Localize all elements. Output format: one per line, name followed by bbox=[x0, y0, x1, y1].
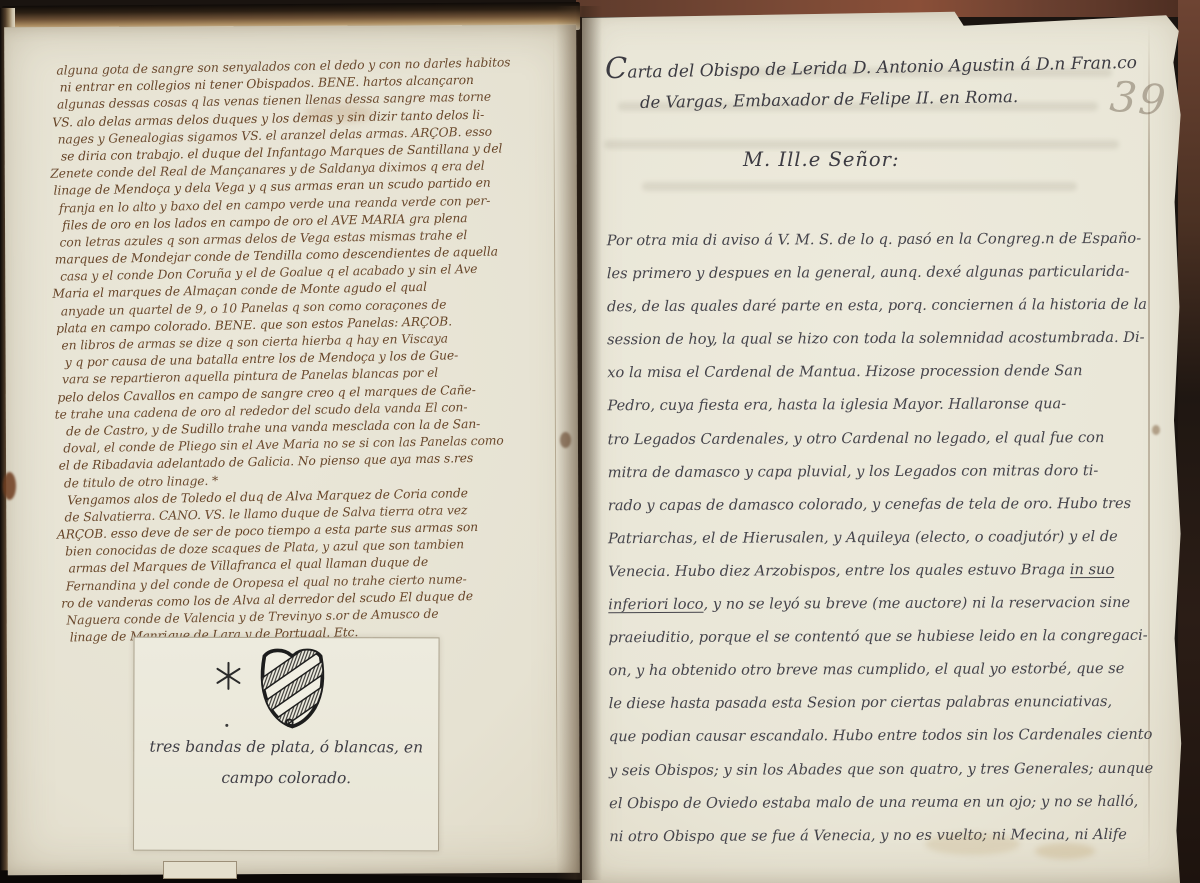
manuscript-text: tro Legados Cardenales, y otro Cardenal … bbox=[608, 429, 1105, 448]
manuscript-text: session de hoy, la qual se hizo con toda… bbox=[607, 329, 1144, 348]
manuscript-text: xo la misa el Cardenal de Mantua. Hizose… bbox=[607, 362, 1082, 381]
manuscript-text: Venecia. Hubo diez Arzobispos, entre los… bbox=[608, 561, 1070, 580]
manuscript-line: le diese hasta pasada esta Sesion por ci… bbox=[609, 685, 1154, 720]
pasted-slip: tres bandas de plata, ó blancas, en camp… bbox=[133, 637, 440, 852]
manuscript-line: xo la misa el Cardenal de Mantua. Hizose… bbox=[607, 354, 1152, 389]
manuscript-text: on, y ha obtenido otro breve mas cumplid… bbox=[609, 660, 1125, 679]
left-page-text-block: alguna gota de sangre son senyalados con… bbox=[56, 53, 575, 647]
manuscript-line: ni otro Obispo que se fue á Venecia, y n… bbox=[609, 817, 1154, 852]
manuscript-line: que podian causar escandalo. Hubo entre … bbox=[609, 718, 1154, 753]
letter-heading-line1: Carta del Obispo de Lerida D. Antonio Ag… bbox=[605, 41, 1137, 85]
manuscript-text: , y no se leyó su breve (me auctore) ni … bbox=[703, 594, 1130, 613]
letter-salutation: M. Ill.e Señor: bbox=[743, 148, 900, 171]
manuscript-line: Venecia. Hubo diez Arzobispos, entre los… bbox=[608, 553, 1153, 588]
manuscript-text: el Obispo de Oviedo estaba malo de una r… bbox=[609, 792, 1138, 811]
manuscript-line: el Obispo de Oviedo estaba malo de una r… bbox=[609, 784, 1154, 819]
manuscript-line: inferiori loco, y no se leyó su breve (m… bbox=[608, 586, 1153, 621]
manuscript-line: on, y ha obtenido otro breve mas cumplid… bbox=[609, 652, 1154, 687]
manuscript-text: mitra de damasco y capa pluvial, y los L… bbox=[608, 462, 1099, 481]
manuscript-text: le diese hasta pasada esta Sesion por ci… bbox=[609, 693, 1113, 712]
right-page-text-block: Por otra mia di aviso á V. M. S. de lo q… bbox=[607, 222, 1155, 853]
manuscript-line: Patriarchas, el de Hierusalen, y Aquiley… bbox=[608, 520, 1153, 555]
manuscript-line: Por otra mia di aviso á V. M. S. de lo q… bbox=[607, 222, 1152, 257]
folio-number: 39 bbox=[1108, 72, 1170, 126]
manuscript-line: y seis Obispos; y sin los Abades que son… bbox=[609, 751, 1154, 786]
manuscript-text: Pedro, cuya fiesta era, hasta la iglesia… bbox=[607, 396, 1066, 415]
asterisk-mark bbox=[214, 660, 242, 692]
manuscript-text: de titulo de otro linage. * bbox=[64, 473, 218, 490]
show-through-ghost bbox=[642, 182, 1077, 191]
book-gutter-shadow bbox=[556, 6, 602, 880]
manuscript-text: des, de las quales daré parte en esta, p… bbox=[607, 296, 1147, 315]
left-page: alguna gota de sangre son senyalados con… bbox=[4, 25, 580, 875]
manuscript-line: session de hoy, la qual se hizo con toda… bbox=[607, 321, 1152, 356]
slip-caption-line1: tres bandas de plata, ó blancas, en bbox=[134, 738, 438, 757]
manuscript-line: les primero y despues en la general, aun… bbox=[607, 255, 1152, 290]
manuscript-line: Pedro, cuya fiesta era, hasta la iglesia… bbox=[607, 387, 1152, 422]
manuscript-text: Patriarchas, el de Hierusalen, y Aquiley… bbox=[608, 528, 1118, 547]
manuscript-line: rado y capas de damasco colorado, y cene… bbox=[608, 487, 1153, 522]
manuscript-text: ni otro Obispo que se fue á Venecia, y n… bbox=[609, 826, 1127, 845]
paper-tab-slip bbox=[163, 861, 237, 879]
manuscript-line: praeiuditio, porque el se contentó que s… bbox=[608, 619, 1153, 654]
manuscript-text: y seis Obispos; y sin los Abades que son… bbox=[609, 759, 1153, 778]
manuscript-text: rado y capas de damasco colorado, y cene… bbox=[608, 495, 1131, 514]
manuscript-line: des, de las quales daré parte en esta, p… bbox=[607, 288, 1152, 323]
manuscript-text: que podian causar escandalo. Hubo entre … bbox=[609, 726, 1153, 745]
manuscript-book-photo: alguna gota de sangre son senyalados con… bbox=[0, 0, 1200, 883]
manuscript-text: les primero y despues en la general, aun… bbox=[607, 263, 1130, 282]
slip-caption-line2: campo colorado. bbox=[134, 769, 438, 788]
right-page-crease bbox=[1148, 25, 1150, 870]
ink-dot bbox=[225, 724, 228, 727]
right-page: Carta del Obispo de Lerida D. Antonio Ag… bbox=[582, 10, 1183, 883]
coat-of-arms-shield-icon bbox=[255, 643, 329, 733]
book-edge-right bbox=[1178, 0, 1200, 883]
manuscript-text: inferiori loco bbox=[608, 596, 703, 613]
manuscript-line: mitra de damasco y capa pluvial, y los L… bbox=[608, 453, 1153, 488]
manuscript-text: in suo bbox=[1070, 561, 1114, 578]
manuscript-line: tro Legados Cardenales, y otro Cardenal … bbox=[607, 420, 1152, 455]
manuscript-text: praeiuditio, porque el se contentó que s… bbox=[608, 627, 1147, 646]
manuscript-text: Por otra mia di aviso á V. M. S. de lo q… bbox=[607, 230, 1141, 249]
